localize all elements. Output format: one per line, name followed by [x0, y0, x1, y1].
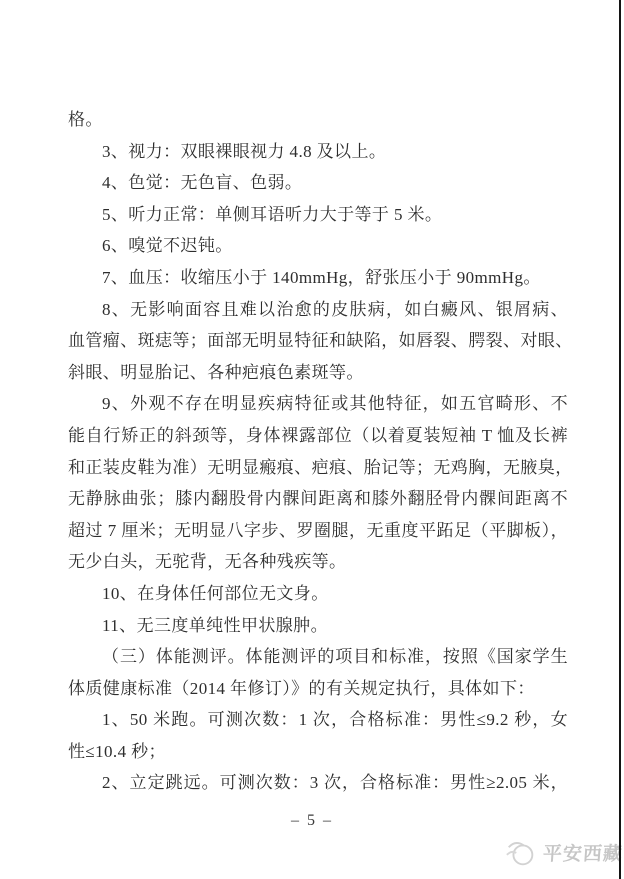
document-line: 斜眼、明显胎记、各种疤痕色素斑等。 [68, 357, 568, 389]
document-line: 11、无三度单纯性甲状腺肿。 [68, 610, 568, 642]
document-line: 超过 7 厘米；无明显八字步、罗圈腿，无重度平跖足（平脚板）， [68, 515, 568, 547]
document-line: 9、外观不存在明显疾病特征或其他特征，如五官畸形、不 [68, 388, 568, 420]
document-line: 无静脉曲张；膝内翻股骨内髁间距离和膝外翻胫骨内髁间距离不 [68, 483, 568, 515]
watermark-logo-icon [504, 835, 538, 869]
scan-edge-line [619, 0, 621, 879]
document-line: 能自行矫正的斜颈等，身体裸露部位（以着夏装短袖 T 恤及长裤 [68, 420, 568, 452]
document-line: 4、色觉：无色盲、色弱。 [68, 167, 568, 199]
document-line: 性≤10.4 秒； [68, 736, 568, 768]
document-line: （三）体能测评。体能测评的项目和标准，按照《国家学生 [68, 641, 568, 673]
document-line: 体质健康标准（2014 年修订）》的有关规定执行，具体如下： [68, 673, 568, 705]
document-line: 2、立定跳远。可测次数：3 次，合格标准：男性≥2.05 米， [68, 767, 568, 799]
page-number: – 5 – [0, 812, 624, 830]
document-body: 格。3、视力：双眼裸眼视力 4.8 及以上。4、色觉：无色盲、色弱。5、听力正常… [68, 104, 568, 799]
document-line: 7、血压：收缩压小于 140mmHg，舒张压小于 90mmHg。 [68, 262, 568, 294]
document-line: 1、50 米跑。可测次数：1 次，合格标准：男性≤9.2 秒，女 [68, 704, 568, 736]
document-line: 和正装皮鞋为准）无明显瘢痕、疤痕、胎记等；无鸡胸，无腋臭， [68, 452, 568, 484]
document-line: 10、在身体任何部位无文身。 [68, 578, 568, 610]
document-line: 3、视力：双眼裸眼视力 4.8 及以上。 [68, 136, 568, 168]
document-line: 5、听力正常：单侧耳语听力大于等于 5 米。 [68, 199, 568, 231]
document-line: 血管瘤、斑痣等；面部无明显特征和缺陷，如唇裂、腭裂、对眼、 [68, 325, 568, 357]
watermark-text: 平安西藏 [542, 839, 624, 866]
document-line: 8、无影响面容且难以治愈的皮肤病，如白癜风、银屑病、 [68, 294, 568, 326]
document-page: 格。3、视力：双眼裸眼视力 4.8 及以上。4、色觉：无色盲、色弱。5、听力正常… [0, 0, 624, 879]
watermark: 平安西藏 [504, 835, 623, 869]
document-line: 6、嗅觉不迟钝。 [68, 230, 568, 262]
document-line: 无少白头，无驼背，无各种残疾等。 [68, 546, 568, 578]
document-line: 格。 [68, 104, 568, 136]
